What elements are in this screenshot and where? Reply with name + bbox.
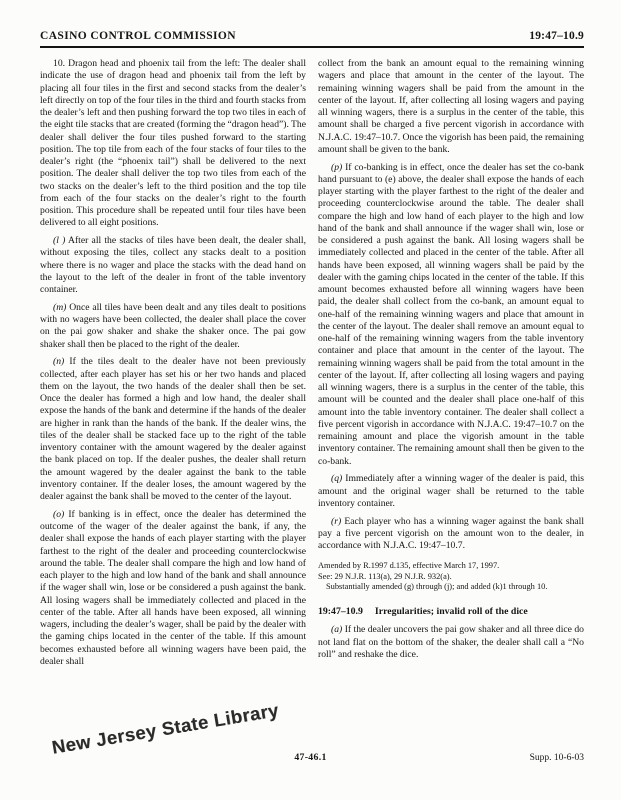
paragraph-text: collect from the bank an amount equal to…: [318, 58, 584, 155]
paragraph-marker: (q): [331, 473, 342, 484]
history-line: See: 29 N.J.R. 113(a), 29 N.J.R. 932(a).: [318, 572, 584, 582]
paragraph-marker: (l ): [53, 235, 65, 246]
paragraph-r: (r) Each player who has a winning wager …: [318, 516, 584, 553]
paragraph-marker: (a): [331, 624, 342, 635]
paragraph-text: After all the stacks of tiles have been …: [40, 235, 306, 295]
section-heading: 19:47–10.9Irregularities; invalid roll o…: [318, 606, 584, 618]
paragraph-text: If banking is in effect, once the dealer…: [40, 509, 306, 667]
header-rule: [40, 46, 584, 48]
paragraph-marker: (o): [53, 509, 64, 520]
paragraph-marker: (n): [53, 356, 64, 367]
paragraph-text: If the tiles dealt to the dealer have no…: [40, 356, 306, 502]
paragraph-marker: (r): [331, 516, 341, 527]
two-column-body: 10. Dragon head and phoenix tail from th…: [40, 58, 584, 668]
library-stamp: New Jersey State Library: [50, 699, 280, 759]
paragraph-o: (o) If banking is in effect, once the de…: [40, 509, 306, 668]
paragraph-text: If the dealer uncovers the pai gow shake…: [318, 624, 584, 660]
header-section-number: 19:47–10.9: [529, 30, 584, 42]
paragraph-n: (n) If the tiles dealt to the dealer hav…: [40, 356, 306, 503]
paragraph-l: (l ) After all the stacks of tiles have …: [40, 235, 306, 296]
paragraph-text: Each player who has a winning wager agai…: [318, 516, 584, 552]
paragraph-p: (p) If co-banking is in effect, once the…: [318, 162, 584, 468]
section-number: 19:47–10.9: [318, 606, 363, 617]
amendment-history: Amended by R.1997 d.135, effective March…: [318, 561, 584, 592]
paragraph-text: Immediately after a winning wager of the…: [318, 473, 584, 509]
supplement-date: Supp. 10-6-03: [530, 753, 584, 763]
paragraph-marker: 10.: [53, 58, 65, 69]
paragraph-text: Once all tiles have been dealt and any t…: [40, 302, 306, 350]
history-line: Amended by R.1997 d.135, effective March…: [318, 561, 584, 571]
paragraph-text: If co-banking is in effect, once the dea…: [318, 162, 584, 467]
left-column: 10. Dragon head and phoenix tail from th…: [40, 58, 306, 668]
paragraph-text: Dragon head and phoenix tail from the le…: [40, 58, 306, 228]
history-line: Substantially amended (g) through (j); a…: [318, 582, 584, 592]
section-title: Irregularities; invalid roll of the dice: [375, 606, 528, 617]
header-title: CASINO CONTROL COMMISSION: [40, 30, 236, 42]
paragraph-o-continued: collect from the bank an amount equal to…: [318, 58, 584, 156]
paragraph-q: (q) Immediately after a winning wager of…: [318, 473, 584, 510]
document-page: CASINO CONTROL COMMISSION 19:47–10.9 10.…: [0, 0, 621, 800]
paragraph-10: 10. Dragon head and phoenix tail from th…: [40, 58, 306, 230]
paragraph-a: (a) If the dealer uncovers the pai gow s…: [318, 624, 584, 661]
page-number: 47-46.1: [0, 752, 621, 763]
paragraph-marker: (p): [331, 162, 342, 173]
running-header: CASINO CONTROL COMMISSION 19:47–10.9: [40, 30, 584, 42]
paragraph-m: (m) Once all tiles have been dealt and a…: [40, 302, 306, 351]
paragraph-marker: (m): [53, 302, 66, 313]
right-column: collect from the bank an amount equal to…: [318, 58, 584, 668]
